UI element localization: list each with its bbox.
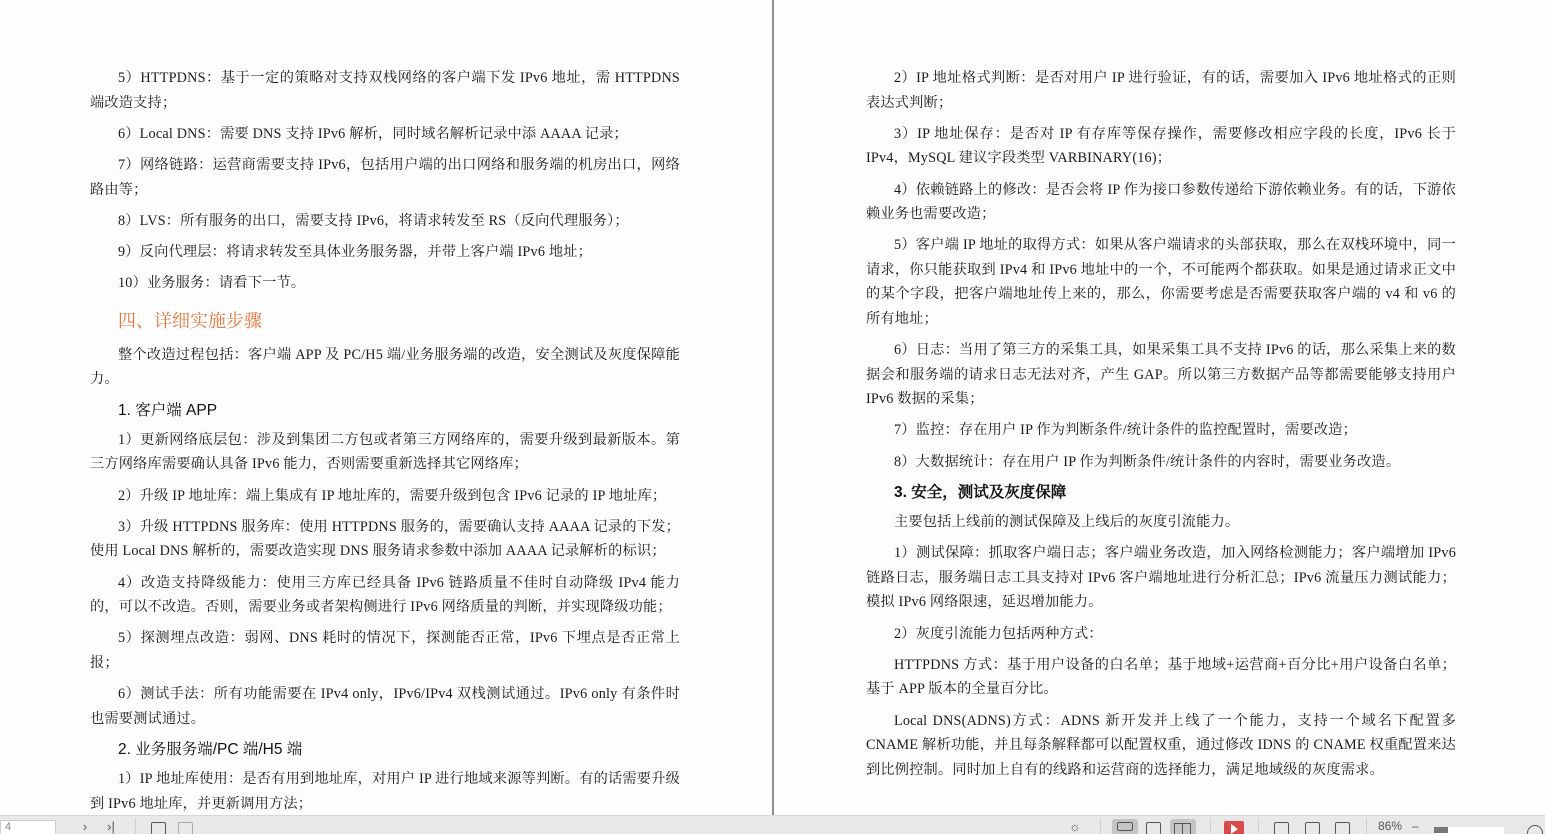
toolbar-separator (1366, 818, 1367, 834)
toolbar-separator (135, 818, 136, 834)
paragraph: 1）测试保障：抓取客户端日志；客户端业务改造，加入网络检测能力；客户端增加 IP… (866, 541, 1456, 615)
toolbar-separator (1100, 818, 1101, 834)
paragraph: 7）网络链路：运营商需要支持 IPv6，包括用户端的出口网络和服务端的机房出口，… (90, 153, 680, 202)
paragraph: 2）灰度引流能力包括两种方式： (866, 622, 1456, 647)
last-page-icon[interactable]: ›| (102, 819, 120, 834)
paragraph: 5）探测埋点改造：弱网、DNS 耗时的情况下，探测能否正常，IPv6 下埋点是否… (90, 626, 680, 675)
zoom-level[interactable]: 86% (1378, 819, 1402, 834)
paragraph: 1）IP 地址库使用：是否有用到地址库，对用户 IP 进行地域来源等判断。有的话… (90, 767, 680, 816)
paragraph: 1）更新网络底层包：涉及到集团二方包或者第三方网络库的，需要升级到最新版本。第三… (90, 428, 680, 477)
paragraph: 3）升级 HTTPDNS 服务库：使用 HTTPDNS 服务的，需要确认支持 A… (90, 515, 680, 564)
paragraph: 7）监控：存在用户 IP 作为判断条件/统计条件的监控配置时，需要改造； (866, 418, 1456, 443)
paragraph: 6）测试手法：所有功能需要在 IPv4 only，IPv6/IPv4 双栈测试通… (90, 682, 680, 731)
toolbar-separator (1210, 818, 1211, 834)
paragraph: 8）大数据统计：存在用户 IP 作为判断条件/统计条件的内容时，需要业务改造。 (866, 450, 1456, 475)
subsection-heading: 1. 客户端 APP (118, 399, 680, 423)
paragraph: 2）升级 IP 地址库：端上集成有 IP 地址库的，需要升级到包含 IPv6 记… (90, 484, 680, 509)
right-page-content: 2）IP 地址格式判断：是否对用户 IP 进行验证，有的话，需要加入 IPv6 … (866, 66, 1456, 789)
zoom-dropdown-icon[interactable]: – (1412, 819, 1419, 834)
single-page-view-button[interactable] (1112, 819, 1138, 834)
single-page-icon (1117, 822, 1133, 831)
paragraph: 9）反向代理层：将请求转发至具体业务服务器，并带上客户端 IPv6 地址； (90, 240, 680, 265)
zoom-slider[interactable] (1434, 827, 1504, 834)
paragraph: 3）IP 地址保存：是否对 IP 有存库等保存操作，需要修改相应字段的长度，IP… (866, 122, 1456, 171)
paragraph: 整个改造过程包括：客户端 APP 及 PC/H5 端/业务服务端的改造，安全测试… (90, 343, 680, 392)
brightness-icon[interactable]: ☼ (1066, 819, 1084, 834)
left-page-content: 5）HTTPDNS：基于一定的策略对支持双栈网络的客户端下发 IPv6 地址，需… (90, 66, 680, 823)
paragraph: 5）HTTPDNS：基于一定的策略对支持双栈网络的客户端下发 IPv6 地址，需… (90, 66, 680, 115)
paragraph: 2）IP 地址格式判断：是否对用户 IP 进行验证，有的话，需要加入 IPv6 … (866, 66, 1456, 115)
paragraph: 6）日志：当用了第三方的采集工具，如果采集工具不支持 IPv6 的话，那么采集上… (866, 338, 1456, 412)
back-icon[interactable] (151, 822, 166, 834)
paragraph: 主要包括上线前的测试保障及上线后的灰度引流能力。 (866, 510, 1456, 535)
subsection-heading: 3. 安全，测试及灰度保障 (894, 481, 1456, 505)
paragraph: 8）LVS：所有服务的出口，需要支持 IPv6，将请求转发至 RS（反向代理服务… (90, 209, 680, 234)
paragraph: HTTPDNS 方式：基于用户设备的白名单；基于地域+运营商+百分比+用户设备白… (866, 653, 1456, 702)
next-page-icon[interactable]: › (76, 819, 94, 834)
paragraph: 10）业务服务：请看下一节。 (90, 271, 680, 296)
zoom-out-button[interactable] (1434, 827, 1448, 833)
viewer-toolbar: 4 › ›| ☼ 86% – (0, 815, 1545, 834)
two-page-view-button[interactable] (1170, 819, 1196, 834)
actual-size-icon[interactable] (1335, 822, 1350, 834)
continuous-view-icon[interactable] (1146, 822, 1161, 834)
paragraph: 6）Local DNS：需要 DNS 支持 IPv6 解析，同时域名解析记录中添… (90, 122, 680, 147)
zoom-in-icon[interactable] (1527, 825, 1543, 834)
book-right-icon (1182, 823, 1191, 834)
fit-page-icon[interactable] (1305, 822, 1320, 834)
paragraph: Local DNS(ADNS)方式：ADNS 新开发并上线了一个能力，支持一个域… (866, 709, 1456, 783)
fit-width-icon[interactable] (1274, 822, 1289, 834)
paragraph: 5）客户端 IP 地址的取得方式：如果从客户端请求的头部获取，那么在双栈环境中，… (866, 233, 1456, 331)
forward-icon[interactable] (178, 822, 193, 834)
subsection-heading: 2. 业务服务端/PC 端/H5 端 (118, 738, 680, 762)
paragraph: 4）依赖链路上的修改：是否会将 IP 作为接口参数传递给下游依赖业务。有的话，下… (866, 178, 1456, 227)
toolbar-separator (1258, 818, 1259, 834)
slideshow-play-button[interactable] (1224, 821, 1244, 834)
paragraph: 4）改造支持降级能力：使用三方库已经具备 IPv6 链路质量不佳时自动降级 IP… (90, 571, 680, 620)
section-heading: 四、详细实施步骤 (118, 308, 680, 334)
page-number-input[interactable]: 4 (0, 820, 56, 834)
